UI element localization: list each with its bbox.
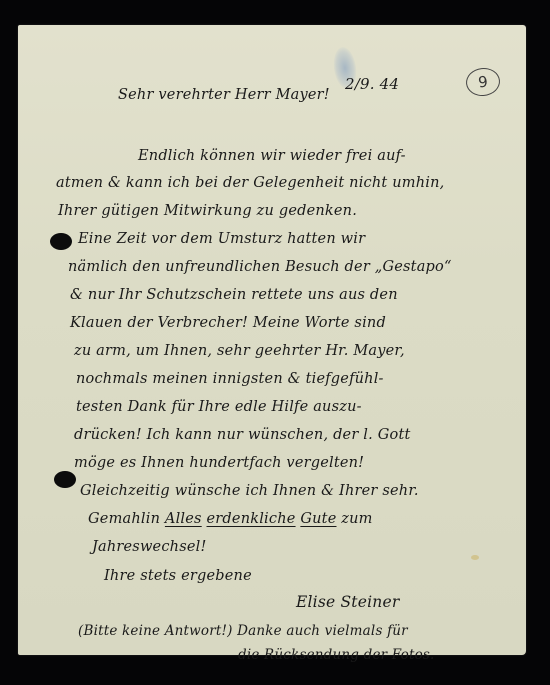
letter-page: 9 2/9. 44 Sehr verehrter Herr Mayer! End… <box>18 25 526 655</box>
body-line-4: Eine Zeit vor dem Umsturz hatten wir <box>78 231 365 247</box>
page-number-text: 9 <box>477 73 488 92</box>
body-line-5: nämlich den unfreundlichen Besuch der „G… <box>68 259 452 275</box>
punch-hole-bottom <box>54 471 76 488</box>
body-line-9: nochmals meinen innigsten & tiefgefühl- <box>76 371 384 387</box>
body-line-15: Jahreswechsel! <box>92 539 207 555</box>
postscript-line-1: (Bitte keine Antwort!) Danke auch vielma… <box>78 623 408 639</box>
signature: Elise Steiner <box>296 593 399 611</box>
body-line-13: Gleichzeitig wünsche ich Ihnen & Ihrer s… <box>80 483 419 499</box>
body-line-14-text: Gemahlin Alles erdenkliche Gute zum <box>88 511 373 527</box>
body-line-3: Ihrer gütigen Mitwirkung zu gedenken. <box>58 203 357 219</box>
punch-hole-top <box>50 233 72 250</box>
body-line-2: atmen & kann ich bei der Gelegenheit nic… <box>56 175 444 191</box>
body-line-12: möge es Ihnen hundertfach vergelten! <box>74 455 364 471</box>
letter-date: 2/9. 44 <box>345 75 399 93</box>
body-line-6: & nur Ihr Schutzschein rettete uns aus d… <box>70 287 398 303</box>
body-line-8: zu arm, um Ihnen, sehr geehrter Hr. Maye… <box>74 343 405 359</box>
body-line-10: testen Dank für Ihre edle Hilfe auszu- <box>76 399 362 415</box>
salutation: Sehr verehrter Herr Mayer! <box>118 87 330 103</box>
closing-phrase: Ihre stets ergebene <box>104 568 252 584</box>
paper-stain-spot <box>471 555 479 560</box>
page-number-circled: 9 <box>465 66 502 97</box>
body-line-11: drücken! Ich kann nur wünschen, der l. G… <box>74 427 411 443</box>
postscript-line-2: die Rücksendung der Fotos. <box>238 647 435 663</box>
body-line-14: Gemahlin Alles erdenkliche Gute zum <box>88 511 373 527</box>
body-line-1: Endlich können wir wieder frei auf- <box>138 148 406 164</box>
body-line-7: Klauen der Verbrecher! Meine Worte sind <box>70 315 386 331</box>
